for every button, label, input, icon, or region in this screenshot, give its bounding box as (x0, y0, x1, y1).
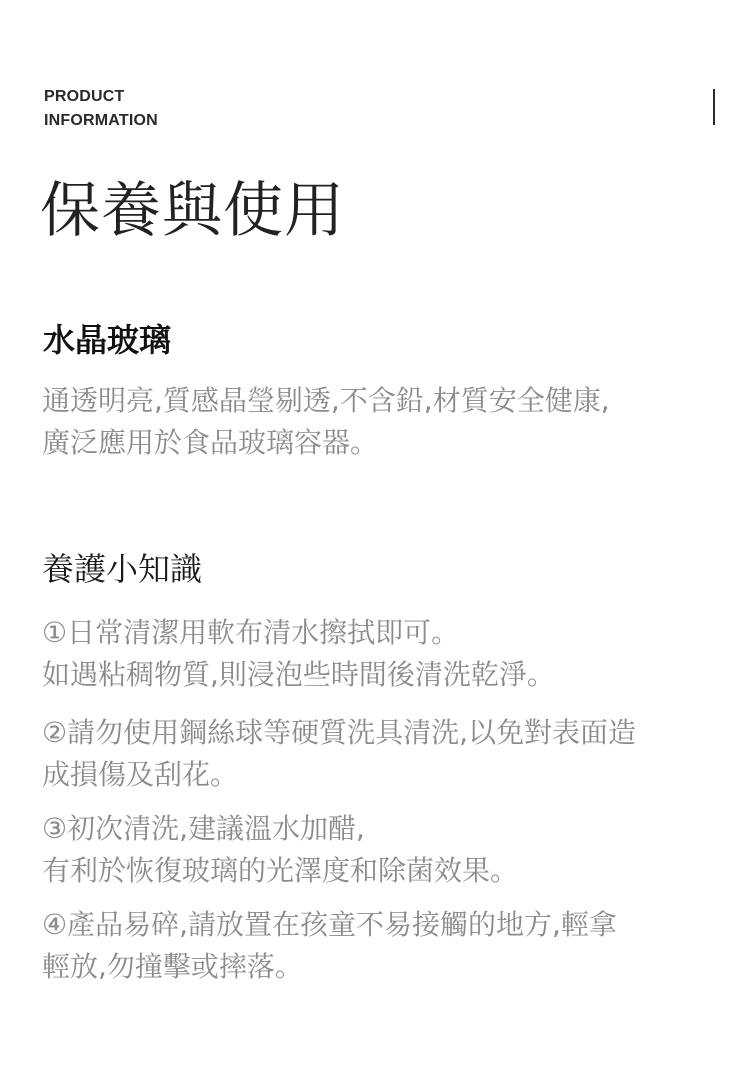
care-tip-line: ②請勿使用鋼絲球等硬質洗具清洗,以免對表面造 (42, 712, 722, 754)
care-tip-line: 輕放,勿撞擊或摔落。 (42, 946, 722, 988)
care-tip-line: 成損傷及刮花。 (42, 754, 722, 796)
care-tip-line: ③初次清洗,建議溫水加醋, (42, 808, 722, 850)
care-tips-title: 養護小知識 (42, 547, 202, 591)
material-title: 水晶玻璃 (43, 318, 171, 362)
eyebrow-line-1: PRODUCT (44, 85, 158, 109)
care-tip-line: 如遇粘稠物質,則浸泡些時間後清洗乾淨。 (42, 654, 722, 696)
care-tip-line: ①日常清潔用軟布清水擦拭即可。 (42, 612, 722, 654)
eyebrow-line-2: INFORMATION (44, 109, 158, 133)
material-line-2: 廣泛應用於食品玻璃容器。 (42, 422, 722, 464)
material-description: 通透明亮,質感晶瑩剔透,不含鉛,材質安全健康, 廣泛應用於食品玻璃容器。 (42, 380, 722, 464)
care-tip-3: ③初次清洗,建議溫水加醋, 有利於恢復玻璃的光澤度和除菌效果。 (42, 808, 722, 892)
care-tip-line: ④產品易碎,請放置在孩童不易接觸的地方,輕拿 (42, 904, 722, 946)
care-tip-2: ②請勿使用鋼絲球等硬質洗具清洗,以免對表面造 成損傷及刮花。 (42, 712, 722, 796)
product-information-label: PRODUCT INFORMATION (44, 85, 158, 133)
care-tip-line: 有利於恢復玻璃的光澤度和除菌效果。 (42, 850, 722, 892)
material-line-1: 通透明亮,質感晶瑩剔透,不含鉛,材質安全健康, (42, 380, 722, 422)
page-title: 保養與使用 (40, 175, 345, 247)
vertical-divider (713, 89, 715, 125)
care-tip-4: ④產品易碎,請放置在孩童不易接觸的地方,輕拿 輕放,勿撞擊或摔落。 (42, 904, 722, 988)
care-tip-1: ①日常清潔用軟布清水擦拭即可。 如遇粘稠物質,則浸泡些時間後清洗乾淨。 (42, 612, 722, 696)
